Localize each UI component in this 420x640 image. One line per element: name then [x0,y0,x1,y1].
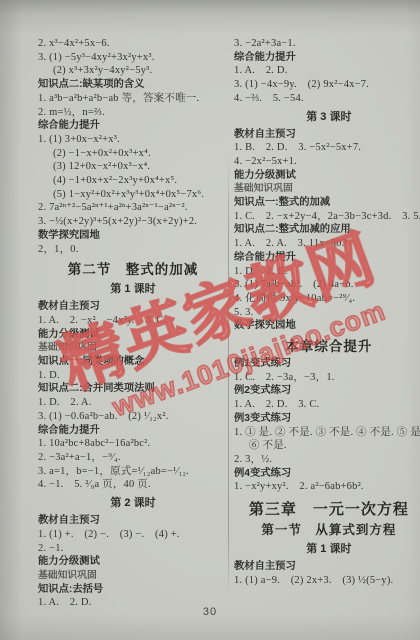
answer-line: 1. A. 2. −x²，−4x²y. 3. C. [38,314,228,328]
answer-line: 1. D. 2. B. [234,265,420,279]
answer-line: 5. 3. [234,306,420,320]
answer-line: 1. C. 2. −3a，−3，1. [234,371,420,385]
lesson-heading: 第 3 课时 [234,110,420,125]
answer-line: 3. (1) −4x−9y. (2) 9x²−4x−7. [234,78,420,92]
answer-line: 1. C. 2. −x+2y−4，2a−3b−3c+3d. 3. 5. [234,210,420,224]
answer-line-continued: ⑥ 不是. [234,439,420,453]
column-left: 2. x³−4x²+5x−6.3. (1) −5y³−4xy²+3x²y+x³.… [38,37,228,610]
answer-line: 4. 化简得 9x²y−10ab=−²⁹⁄₄. [234,292,420,306]
block-heading: 例4变式练习 [234,467,420,481]
answer-line: 4. −2x²−5x+1. [234,155,420,169]
block-heading: 例3变式练习 [234,412,420,426]
subsection-heading: 第一节 从算式到方程 [234,522,420,538]
answer-line: 1. D. [38,369,228,383]
answer-line: 1. A. 2. D. [234,64,420,78]
block-heading: 综合能力提升 [38,424,228,438]
answer-line: 1. a³b−a²b+a²b−ab 等，答案不唯一. [38,92,228,106]
knowledge-point-heading: 知识点二:缺某项的含义 [38,78,228,92]
block-heading: 例2变式练习 [234,384,420,398]
answer-line: 2. −1. [38,542,228,556]
answer-line: 4. −⅔. 5. −54. [234,92,420,106]
answer-line: 1. ① 是. ② 不是. ③ 不是. ④ 不是. ⑤ 是. [234,426,420,440]
block-heading: 综合能力提升 [234,51,420,65]
block-heading: 教材自主预习 [234,560,420,574]
column-right: 3. −2a²+3a−1.综合能力提升1. A. 2. D.3. (1) −4x… [228,37,420,610]
answer-line-continued: (4) −1+0x+x²−2x³y+0x⁴+x⁵. [38,174,228,188]
chapter-heading: 第三章 一元一次方程 [234,500,420,519]
answer-line: 1. 10a²bc+8abc²−16a²bc². [38,437,228,451]
scanned-answer-page: 2. x³−4x²+5x−6.3. (1) −5y³−4xy²+3x²y+x³.… [0,0,420,640]
answer-line: 2. 3，½. [234,453,420,467]
block-subheading: 基础知识巩固 [38,341,228,355]
knowledge-point-heading: 知识点一:整式的加减 [234,196,420,210]
lesson-heading: 第 1 课时 [38,282,228,297]
block-heading: 综合能力提升 [38,119,228,133]
answer-line: 2. 7a²ⁿ⁺²−5a²ⁿ⁺¹+a²ⁿ+3a²ⁿ⁻¹−a²ⁿ⁻². [38,201,228,215]
answer-line: 3. (1) −5y³−4xy²+3x²y+x³. [38,51,228,65]
answer-line-continued: (5) 1−xy²+0x²+x³y³+0x⁴+0x⁵−7x⁶. [38,188,228,202]
answer-line: 1. (1) a−9. (2) 2x+3. (3) ½(5−y). [234,574,420,588]
answer-line: 4. −1. 5. ²⁄₉a 页，40 页. [38,478,228,492]
lesson-heading: 第 2 课时 [38,496,228,511]
block-heading: 能力分级测试 [234,169,420,183]
answer-line: 1. A. 2. A. 3. 11x−903. [234,237,420,251]
knowledge-point-heading: 知识点二:整式加减的应用 [234,223,420,237]
block-heading: 能力分级测试 [38,328,228,342]
answer-line: 3. −½(x+2y)³+5(x+2y)²−3(x+2y)+2. [38,215,228,229]
block-subheading: 基础知识巩固 [234,182,420,196]
block-subheading: 基础知识巩固 [38,569,228,583]
answer-line: 2. x³−4x²+5x−6. [38,37,228,51]
answer-line: 1. A. 2. D. 3. C. [234,398,420,412]
block-heading: 教材自主预习 [234,128,420,142]
block-heading: 能力分级测试 [38,555,228,569]
answer-line: 1. D. 2. A. [38,396,228,410]
block-heading: 数学探究园地 [38,229,228,243]
answer-line: 3. (1) 7a²b−ab³. (2) 4a−b. [234,278,420,292]
answer-line: 3. a=1，b=−1，原式=¹⁄₁₂ab=−¹⁄₁₂. [38,465,228,479]
block-heading: 教材自主预习 [38,514,228,528]
section-heading: 本章综合提升 [234,338,420,355]
answer-line: 1. B. 2. D. 3. −5x²−5x+7. [234,141,420,155]
answer-line: 2. −3a²+a−1，−⁹⁄₄. [38,451,228,465]
answer-line-continued: (3) 12+0x−x²+0x³−x⁴. [38,160,228,174]
answer-line: 3. (1) −0.6a²b−ab. (2) ¹⁄₁₂x². [38,410,228,424]
block-heading: 数学探究园地 [234,319,420,333]
answer-line-continued: (2) x³+3x²y−4xy²−5y³. [38,64,228,78]
knowledge-point-heading: 知识点:去括号 [38,583,228,597]
knowledge-point-heading: 知识点二:合并同类项法则 [38,382,228,396]
answer-line: 1. −x²y+xy². 2. a²−6ab+6b². [234,480,420,494]
block-heading: 例1变式练习 [234,357,420,371]
answer-line: 3. −2a²+3a−1. [234,37,420,51]
answer-line-continued: (2) −1−x+0x²+0x³+x⁴. [38,147,228,161]
answer-line: 1. (1) +. (2) −. (3) −. (4) +. [38,528,228,542]
answer-line: 2. m=½，n=⅔. [38,106,228,120]
answer-line: 2，1，0. [38,243,228,257]
section-heading: 第二节 整式的加减 [38,261,228,278]
block-heading: 综合能力提升 [234,251,420,265]
lesson-heading: 第 1 课时 [234,542,420,557]
answer-line: 1. (1) 3+0x−x²+x³. [38,133,228,147]
block-heading: 教材自主预习 [38,300,228,314]
page-content: 2. x³−4x²+5x−6.3. (1) −5y³−4xy²+3x²y+x³.… [38,37,410,610]
knowledge-point-heading: 知识点一:同类项的概念 [38,355,228,369]
page-number: 30 [0,606,420,618]
